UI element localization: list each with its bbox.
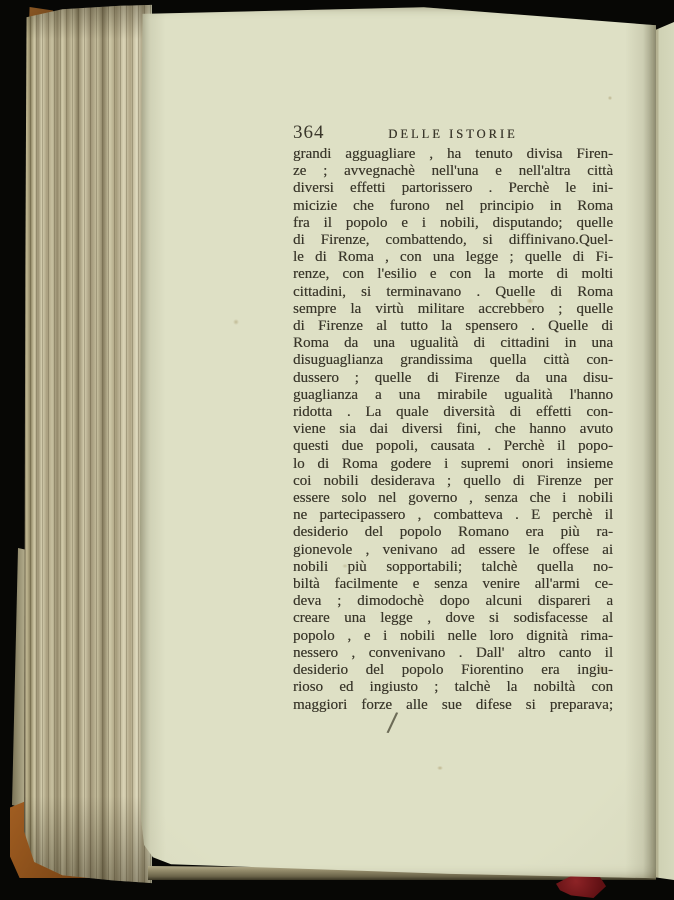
text-line: desiderio del popolo Fiorentino era ingi…	[293, 662, 613, 679]
text-line: le di Roma , con una legge ; quelle di F…	[293, 249, 613, 266]
text-line: viene sia dai diversi fini, che hanno av…	[293, 421, 613, 438]
text-line: fra il popolo e i nobili, disputando; qu…	[293, 215, 613, 232]
page-header: 364 DELLE ISTORIE	[293, 120, 613, 146]
text-line: diversi effetti partorissero . Perchè le…	[293, 180, 613, 197]
text-line: micizie che furono nel principio in Roma	[293, 198, 613, 215]
scanned-book-page: 364 DELLE ISTORIE grandi agguagliare , h…	[140, 6, 656, 880]
text-line: disuguaglianza grandissima quella città …	[293, 352, 613, 369]
text-line: essere solo nel governo , senza che i no…	[293, 490, 613, 507]
text-line: renze, con l'esilio e con la morte di mo…	[293, 266, 613, 283]
text-line: gionevole , venivano ad essere le offese…	[293, 542, 613, 559]
text-line: deva ; dimodochè dopo alcuni dispareri a	[293, 593, 613, 610]
text-line: Roma da una ugualità di cittadini in una	[293, 335, 613, 352]
text-line: dussero ; quelle di Firenze da una disu-	[293, 370, 613, 387]
page-stack-fore-edge	[24, 4, 152, 884]
page-number: 364	[293, 122, 325, 144]
text-line: ridotta . La quale diversità di effetti …	[293, 404, 613, 421]
text-line: grandi agguagliare , ha tenuto divisa Fi…	[293, 146, 613, 163]
text-line: guaglianza a una mirabile ugualità l'han…	[293, 387, 613, 404]
text-line: rioso ed ingiusto ; talchè la nobiltà co…	[293, 679, 613, 696]
text-line: biltà facilmente e senza venire all'armi…	[293, 576, 613, 593]
text-line: di Firenze, combattendo, si diffinivano.…	[293, 232, 613, 249]
text-line: desiderio del popolo Romano era più ra-	[293, 524, 613, 541]
text-line: creare una legge , dove si sodisfacesse …	[293, 610, 613, 627]
body-text-block: grandi agguagliare , ha tenuto divisa Fi…	[293, 146, 613, 714]
text-line: ne partecipassero , combatteva . E perch…	[293, 507, 613, 524]
text-line: cittadini, si terminavano . Quelle di Ro…	[293, 284, 613, 301]
text-line: di Firenze al tutto la spensero . Quelle…	[293, 318, 613, 335]
text-line: nobili più sopportabili; talchè quella n…	[293, 559, 613, 576]
running-title: DELLE ISTORIE	[388, 127, 517, 142]
text-line: questi due popoli, causata . Perchè il p…	[293, 438, 613, 455]
text-line: nessero , convenivano . Dall' altro cant…	[293, 645, 613, 662]
text-line: popolo , e i nobili nelle loro dignità r…	[293, 628, 613, 645]
text-line: lo di Roma godere i supremi onori insiem…	[293, 456, 613, 473]
text-line: sempre la virtù militare accrebbero ; qu…	[293, 301, 613, 318]
book-photo-scene: 364 DELLE ISTORIE grandi agguagliare , h…	[0, 0, 674, 900]
text-line: maggiori forze alle sue difese si prepar…	[293, 697, 613, 714]
text-line: coi nobili desiderava ; quello di Firenz…	[293, 473, 613, 490]
text-line: ze ; avvegnachè nell'una e nell'altra ci…	[293, 163, 613, 180]
